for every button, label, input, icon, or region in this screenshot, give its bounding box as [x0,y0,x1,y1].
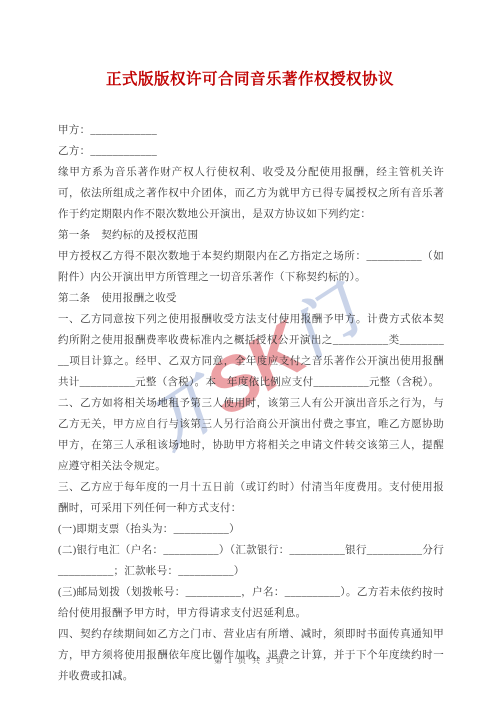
paragraph: (一)即期支票（抬头为：__________） [58,519,444,540]
paragraph: 第一条 契约标的及授权范围 [58,225,444,246]
paragraph: 缘甲方系为音乐著作财产权人行使权利、收受及分配使用报酬，经主管机关许可，依法所组… [58,162,444,225]
party-b-line: 乙方：____________ [58,141,444,162]
contract-page: 丌 SK 门 正式版版权许可合同音乐著作权授权协议 甲方：___________… [0,0,500,706]
paragraph: 二、乙方如将相关场地租予第三人使用时，该第三人有公开演出音乐之行为，与乙方无关，… [58,393,444,477]
paragraph: (二)银行电汇（户名：__________）（汇款银行：__________银行… [58,540,444,582]
document-body: 甲方：____________ 乙方：____________ 缘甲方系为音乐著… [58,120,444,687]
paragraph: 第二条 使用报酬之收受 [58,288,444,309]
paragraph: (三)邮局划拨（划拨帐号：__________，户名：__________）。乙… [58,582,444,624]
document-title: 正式版版权许可合同音乐著作权授权协议 [0,67,500,89]
paragraph: 三、乙方应于每年度的一月十五日前（或订约时）付清当年度费用。支付使用报酬时，可采… [58,477,444,519]
page-number-footer: 第 1 页 共 3 页 [0,655,500,666]
paragraph: 一、乙方同意按下列之使用报酬收受方法支付使用报酬予甲方。计费方式依本契约所附之使… [58,309,444,393]
paragraph-list: 缘甲方系为音乐著作财产权人行使权利、收受及分配使用报酬，经主管机关许可，依法所组… [58,162,444,687]
party-a-line: 甲方：____________ [58,120,444,141]
paragraph: 甲方授权乙方得不限次数地于本契约期限内在乙方指定之场所：__________（如… [58,246,444,288]
